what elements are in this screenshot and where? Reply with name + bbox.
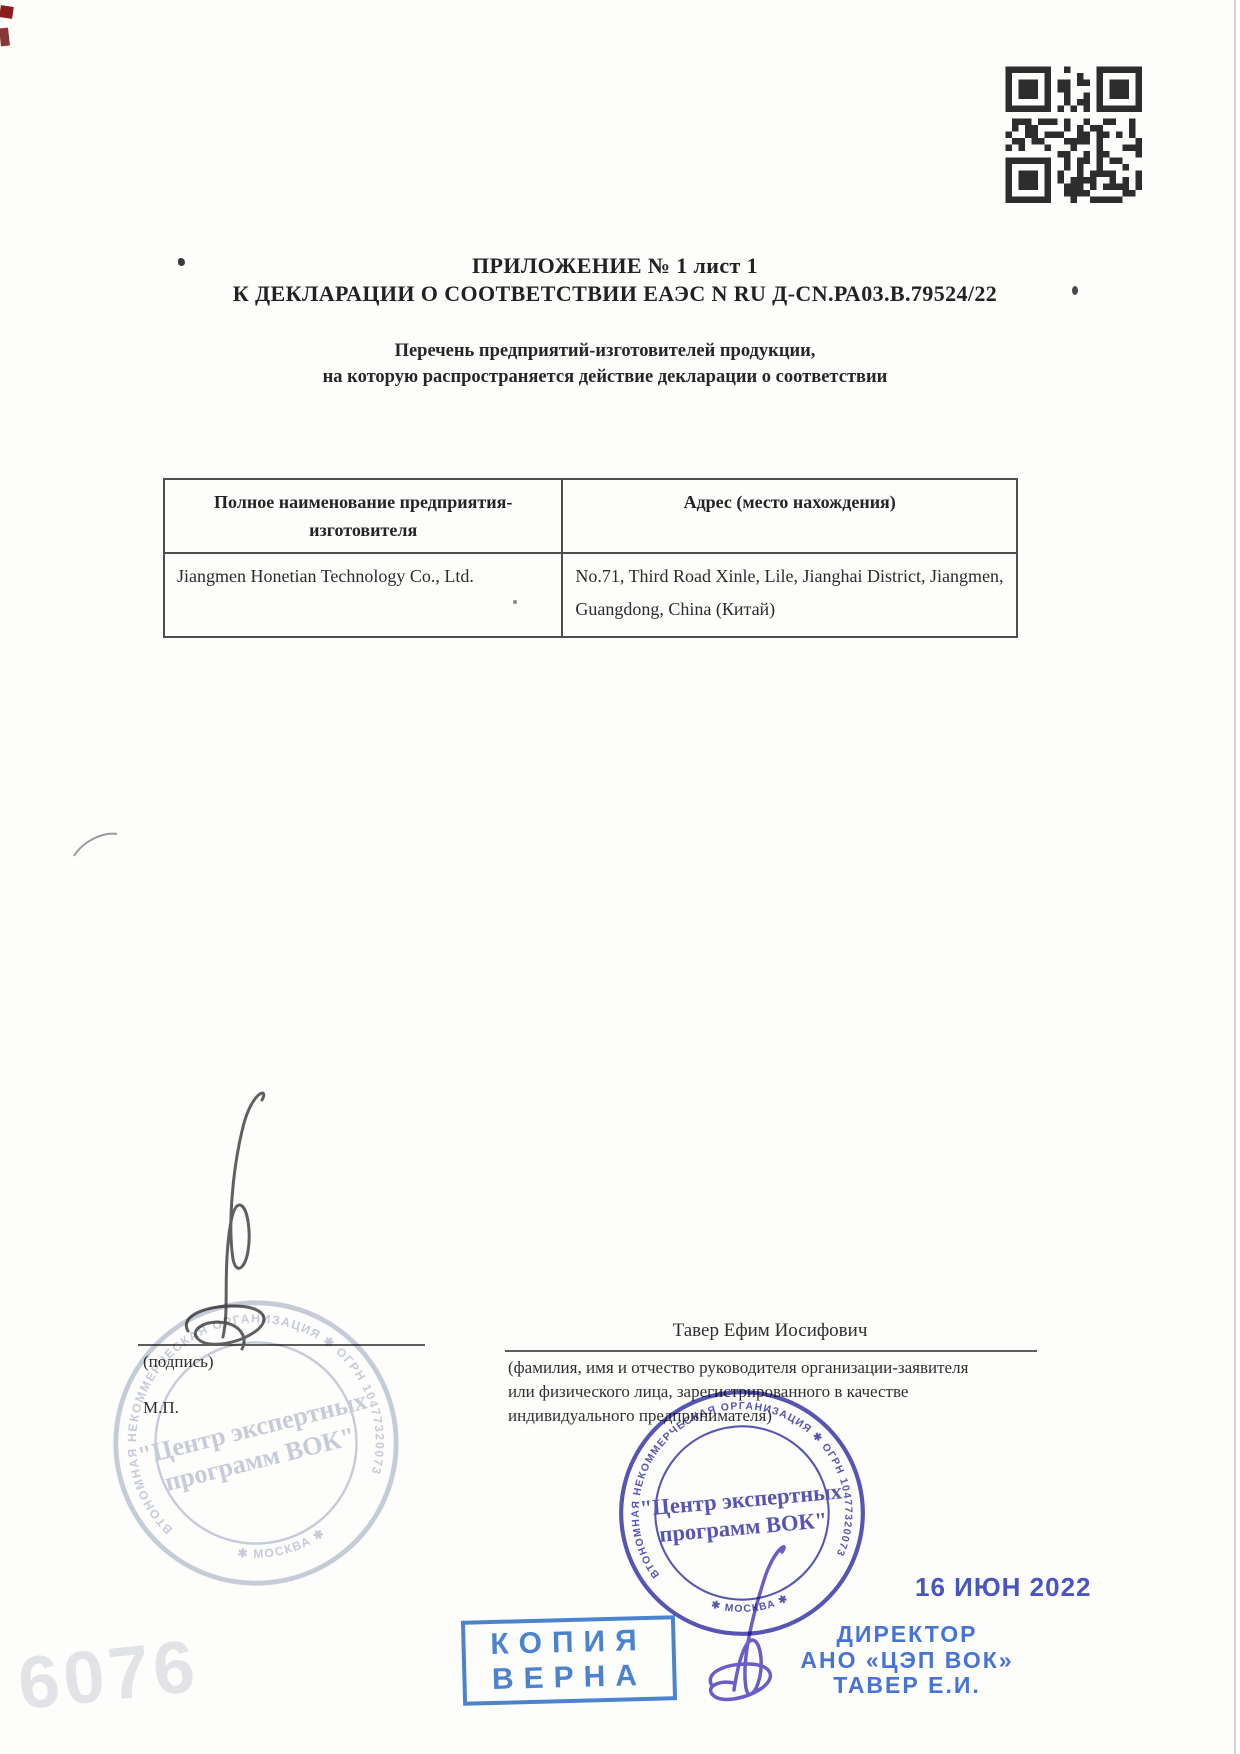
name-underline bbox=[505, 1350, 1037, 1352]
stray-pencil-mark bbox=[70, 826, 120, 862]
red-edge-mark bbox=[0, 28, 10, 47]
director-stamp: ДИРЕКТОР АНО «ЦЭП ВОК» ТАВЕР Е.И. bbox=[762, 1622, 1052, 1699]
date-stamp: 16 ИЮН 2022 bbox=[915, 1572, 1091, 1603]
list-subtitle: Перечень предприятий-изготовителей проду… bbox=[90, 338, 1120, 390]
table-header-row: Полное наименование предприятия-изготови… bbox=[164, 479, 1017, 553]
round-org-stamp-faint: АВТОНОМНАЯ НЕКОММЕРЧЕСКАЯ ОРГАНИЗАЦИЯ ✱ … bbox=[80, 1267, 432, 1619]
appendix-title: ПРИЛОЖЕНИЕ № 1 лист 1 К ДЕКЛАРАЦИИ О СОО… bbox=[90, 252, 1140, 308]
table-row: Jiangmen Honetian Technology Co., Ltd. N… bbox=[164, 553, 1017, 637]
manufacturer-name-cell: Jiangmen Honetian Technology Co., Ltd. bbox=[164, 553, 562, 637]
list-subtitle-line2: на которую распространяется действие дек… bbox=[90, 364, 1120, 390]
manufacturer-address-cell: No.71, Third Road Xinle, Lile, Jianghai … bbox=[562, 553, 1017, 637]
stamp-ring-text-bottom: ✱ МОСКВА ✱ bbox=[234, 1524, 330, 1568]
head-caption-line1: (фамилия, имя и отчество руководителя ор… bbox=[508, 1356, 1048, 1380]
col-header-manufacturer-name: Полное наименование предприятия-изготови… bbox=[164, 479, 562, 553]
manufacturers-table: Полное наименование предприятия-изготови… bbox=[163, 478, 1018, 638]
director-stamp-line3: ТАВЕР Е.И. bbox=[762, 1673, 1052, 1699]
col-header-address: Адрес (место нахождения) bbox=[562, 479, 1017, 553]
copy-stamp-line2: ВЕРНА bbox=[466, 1657, 673, 1697]
bleedthrough-digits: 6076 bbox=[14, 1623, 203, 1726]
appendix-title-line1: ПРИЛОЖЕНИЕ № 1 лист 1 bbox=[90, 252, 1140, 280]
scan-edge-line bbox=[1234, 0, 1236, 1754]
head-full-name: Тавер Ефим Иосифович bbox=[505, 1320, 1035, 1342]
scanned-declaration-appendix-page: 6076 ПРИЛОЖЕНИЕ № 1 лист 1 К ДЕКЛАРАЦИИ … bbox=[0, 0, 1240, 1754]
qr-code bbox=[1002, 62, 1145, 207]
red-edge-mark bbox=[0, 5, 14, 19]
director-stamp-line2: АНО «ЦЭП ВОК» bbox=[762, 1648, 1052, 1674]
director-stamp-line1: ДИРЕКТОР bbox=[762, 1622, 1052, 1648]
svg-text:✱ МОСКВА ✱: ✱ МОСКВА ✱ bbox=[234, 1524, 330, 1568]
appendix-title-line2: К ДЕКЛАРАЦИИ О СООТВЕТСТВИИ ЕАЭС N RU Д-… bbox=[90, 280, 1140, 308]
list-subtitle-line1: Перечень предприятий-изготовителей проду… bbox=[90, 338, 1120, 364]
copy-verna-stamp: КОПИЯ ВЕРНА bbox=[461, 1615, 677, 1706]
copy-stamp-line1: КОПИЯ bbox=[465, 1622, 672, 1662]
qr-modules bbox=[1005, 66, 1142, 203]
